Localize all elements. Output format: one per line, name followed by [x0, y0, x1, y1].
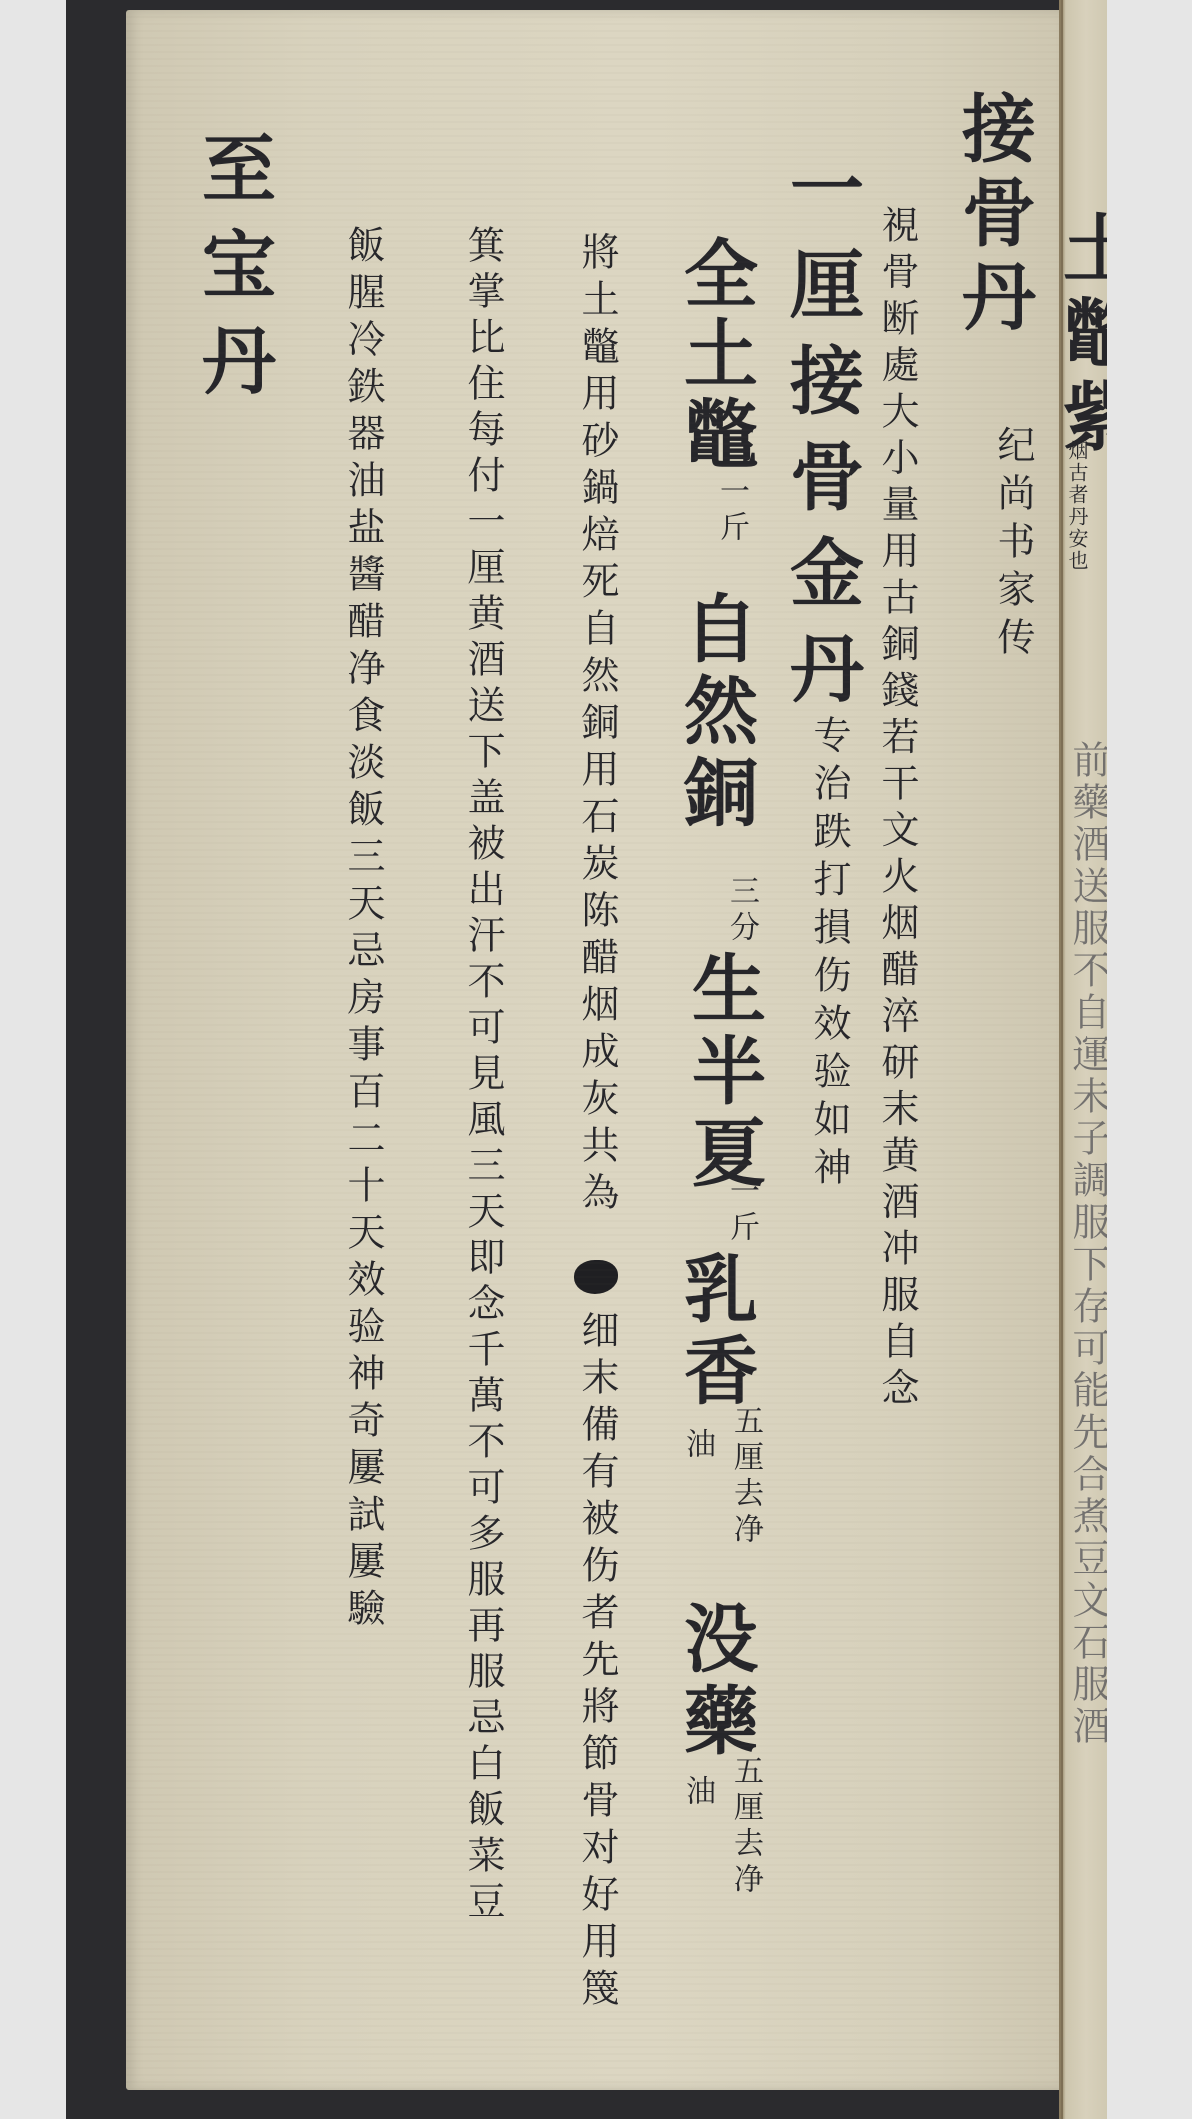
- ingredient-name: 自然銅: [678, 590, 752, 836]
- manuscript-scan: 接骨丹 纪尚书家传 視骨断處大小量用古銅錢若干文火烟醋淬研末黄酒冲服自念 一厘接…: [66, 0, 1107, 2119]
- adjacent-heading-fragment: 土鼈紫: [1061, 210, 1107, 462]
- adjacent-page-edge: 土鼈紫 烟古者丹安也 前藥酒送服不自運未子調服下存可能先合煮豆文石服酒: [1061, 0, 1107, 2119]
- recipe-1-instructions: 視骨断處大小量用古銅錢若干文火烟醋淬研末黄酒冲服自念: [878, 205, 916, 1414]
- ingredient-quantity: 一斤: [726, 1175, 756, 1247]
- ingredient-name: 生半夏: [686, 950, 760, 1196]
- preparation-line: 箕掌比住每付一厘黄酒送下盖被出汗不可見風三天即念千萬不可多服再服忌白飯菜豆: [464, 225, 502, 1927]
- recipe-3-title: 至宝丹: [196, 130, 270, 418]
- ingredient-note: 油: [682, 1775, 712, 1811]
- preparation-line: 细末備有被伤者先將節骨对好用篾: [578, 1310, 616, 2015]
- ink-blot: [574, 1260, 618, 1294]
- ingredient-quantity: 五厘去净: [730, 1755, 760, 1899]
- preparation-line: 將土鼈用砂鍋焙死自然銅用石炭陈醋烟成灰共為: [578, 232, 616, 1219]
- ingredient-quantity: 五厘去净: [730, 1405, 760, 1549]
- manuscript-page: 接骨丹 纪尚书家传 視骨断處大小量用古銅錢若干文火烟醋淬研末黄酒冲服自念 一厘接…: [126, 10, 1061, 2090]
- preparation-line: 飯腥冷鉄器油盐醬醋净食淡飯三天忌房事百二十天效验神奇屢試屢驗: [344, 225, 382, 1635]
- recipe-2-title: 一厘接骨金丹: [784, 150, 858, 726]
- recipe-1-title: 接骨丹: [956, 90, 1030, 342]
- ingredient-quantity: 一斤: [716, 475, 746, 547]
- ingredient-name: 没藥: [678, 1600, 752, 1764]
- recipe-1-attribution: 纪尚书家传: [994, 425, 1032, 665]
- ingredient-quantity: 三分: [726, 875, 756, 947]
- adjacent-side-note: 烟古者丹安也: [1067, 440, 1087, 572]
- ingredient-name: 全土鼈: [678, 235, 752, 475]
- adjacent-body-fragment: 前藥酒送服不自運未子調服下存可能先合煮豆文石服酒: [1069, 740, 1107, 1748]
- ingredient-note: 油: [682, 1428, 712, 1464]
- ingredient-name: 乳香: [678, 1250, 752, 1414]
- recipe-2-indication: 专治跌打損伤效验如神: [810, 715, 848, 1195]
